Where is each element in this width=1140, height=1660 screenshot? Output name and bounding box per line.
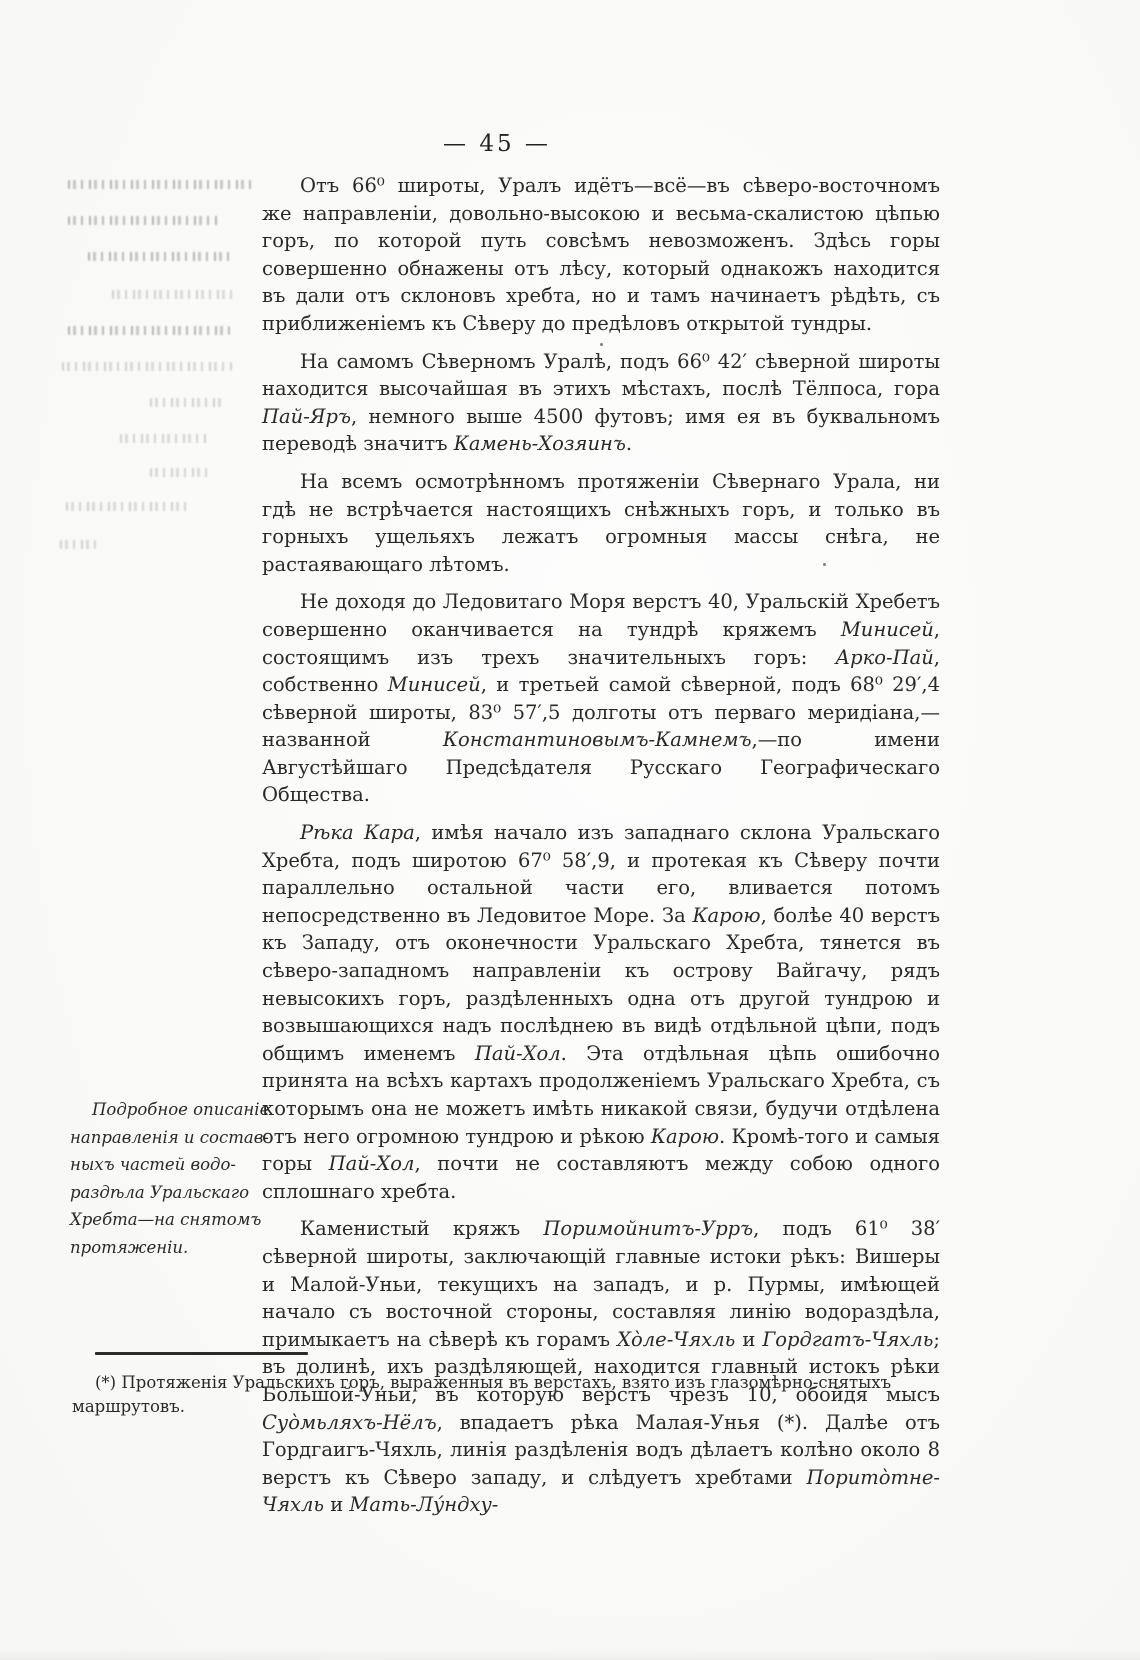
text-segment: На самомъ Сѣверномъ Уралѣ, подъ 66⁰ 42′ … — [262, 350, 940, 401]
proper-name-italic: Камень-Хозяинъ — [454, 432, 626, 455]
page-bottom-shadow — [0, 1648, 1140, 1660]
page-number: — 45 — — [57, 131, 937, 157]
proper-name-italic: Минисей — [388, 673, 481, 696]
proper-name-italic: Константиновымъ-Камнемъ — [443, 728, 752, 751]
paragraph: Каменистый кряжъ Поримойнитъ-Урръ, подъ … — [262, 1215, 940, 1519]
main-text-column: Отъ 66⁰ широты, Уралъ идётъ—всё—въ сѣвер… — [262, 172, 940, 1529]
ink-smudge — [68, 180, 256, 189]
text-segment: , болѣе 40 верстъ къ Западу, отъ оконечн… — [262, 904, 940, 1065]
proper-name-italic: Карою — [651, 1125, 719, 1148]
ink-smudge — [150, 468, 212, 477]
paragraph: На самомъ Сѣверномъ Уралѣ, подъ 66⁰ 42′ … — [262, 348, 940, 458]
paragraph: Отъ 66⁰ широты, Уралъ идётъ—всё—въ сѣвер… — [262, 172, 940, 338]
ink-smudge — [112, 290, 238, 299]
paragraph: Рѣка Кара, имѣя начало изъ западнаго скл… — [262, 819, 940, 1205]
text-segment: На всемъ осмотрѣнномъ протяженіи Сѣверна… — [262, 470, 940, 576]
margin-note: Подробное описаніе направленія и состав-… — [70, 1096, 266, 1262]
proper-name-italic: Поримойнитъ-Урръ — [543, 1217, 753, 1240]
ink-smudge — [88, 252, 234, 261]
footnote-separator — [95, 1352, 308, 1355]
margin-note-line: раздѣла Уральскаго — [70, 1179, 266, 1207]
text-segment: и — [735, 1328, 762, 1351]
footnote: (*) Протяженія Уральскихъ горъ, выраженн… — [72, 1371, 908, 1419]
proper-name-italic: Хо̀ле-Чяхль — [617, 1328, 735, 1351]
footnote-text: Протяженія Уральскихъ горъ, выраженныя в… — [72, 1373, 891, 1416]
proper-name-italic: Пай-Яръ — [262, 405, 351, 428]
proper-name-italic: Гордгатъ-Чяхль — [762, 1328, 933, 1351]
margin-note-line: ныхъ частей водо- — [70, 1151, 266, 1179]
ink-smudge — [120, 434, 208, 443]
margin-note-line: протяженіи. — [70, 1234, 266, 1262]
ink-smudge — [68, 216, 220, 225]
paragraph: Не доходя до Ледовитаго Моря верстъ 40, … — [262, 588, 940, 809]
margin-note-line: Подробное описаніе — [70, 1096, 266, 1124]
text-segment: . — [626, 432, 632, 455]
margin-note-line: Хребта—на снятомъ — [70, 1206, 266, 1234]
proper-name-italic: Пай-Хол — [329, 1152, 415, 1175]
ink-smudge — [60, 540, 96, 549]
ink-smudge — [62, 362, 232, 371]
text-segment: Каменистый кряжъ — [300, 1217, 543, 1240]
text-segment: Отъ 66⁰ широты, Уралъ идётъ—всё—въ сѣвер… — [262, 174, 940, 335]
ink-smudge — [66, 502, 188, 511]
proper-name-italic: Минисей — [841, 618, 934, 641]
proper-name-italic: Карою — [692, 904, 760, 927]
text-segment: и — [324, 1493, 349, 1516]
ink-smudge — [68, 326, 230, 335]
ink-smudge — [150, 398, 222, 407]
proper-name-italic: Мать-Лу́ндху- — [349, 1493, 498, 1516]
proper-name-italic: Пай-Хол — [475, 1042, 561, 1065]
text-segment: Не доходя до Ледовитаго Моря верстъ 40, … — [262, 590, 940, 641]
footnote-marker: (*) — [95, 1373, 116, 1392]
paragraph: На всемъ осмотрѣнномъ протяженіи Сѣверна… — [262, 468, 940, 578]
proper-name-italic: Арко-Пай — [835, 646, 933, 669]
proper-name-italic: Рѣка Кара — [300, 821, 415, 844]
book-page: — 45 — Отъ 66⁰ широты, Уралъ идётъ—всё—в… — [0, 0, 1140, 1660]
margin-note-line: направленія и состав- — [70, 1124, 266, 1152]
